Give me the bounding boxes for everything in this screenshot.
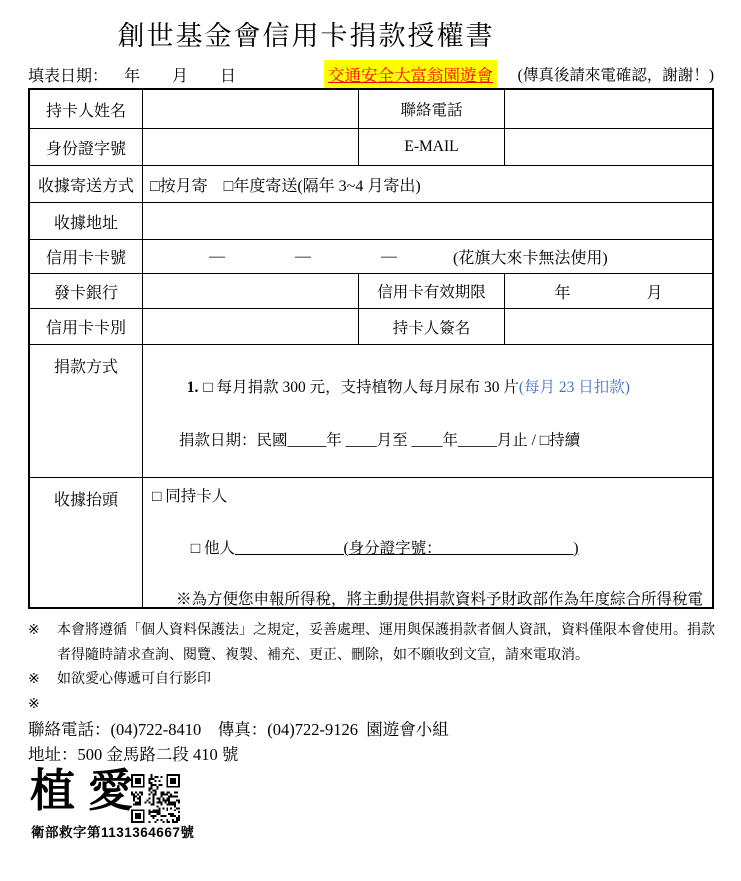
card-number-field: — — — (花旗大來卡無法使用): [142, 240, 712, 273]
issuing-bank-label: 發卡銀行: [30, 274, 142, 308]
receipt-other-person: □ 他人______________(身分證字號：_______________…: [152, 510, 708, 587]
email-field: [504, 129, 712, 165]
license-number: 衛部救字第1131364667號: [31, 821, 194, 841]
card-expiry-label: 信用卡有效期限: [358, 274, 504, 308]
footer-notes: ※ 本會將遵循「個人資料保護法」之規定，妥善處理、運用與保護捐款者個人資訊，資料…: [28, 619, 722, 767]
expiry-year-month: 年 月: [554, 280, 662, 303]
card-number-dash: —: [209, 248, 225, 266]
receipt-title-label: 收據抬頭: [30, 478, 142, 607]
photocopy-note: ※ 如欲愛心傳遞可自行影印: [28, 668, 722, 693]
card-type-field: [142, 309, 358, 344]
note-marker: ※: [28, 668, 57, 693]
contact-line: 聯絡電話：(04)722-8410 傳真：(04)722-9126 園遊會小組: [28, 718, 722, 743]
id-number-label: 身份證字號: [30, 129, 142, 165]
table-row: 信用卡卡別 持卡人簽名: [30, 308, 712, 344]
donation-date-line: 捐款日期：民國_____年 ____月至 ____年_____月止 / □持續: [179, 428, 708, 454]
issuing-bank-field: [142, 274, 358, 308]
cardholder-signature-field: [504, 309, 712, 344]
card-type-label: 信用卡卡別: [30, 309, 142, 344]
cardholder-signature-label: 持卡人簽名: [358, 309, 504, 344]
qr-code-image: [131, 774, 180, 823]
contact-phone-field: [504, 90, 712, 128]
form-date-row: 填表日期： 年 月 日 交通安全大富翁園遊會 (傳真後請來電確認，謝謝！): [28, 60, 714, 86]
address-line: 地址：500 金馬路二段 410 號: [28, 743, 722, 768]
table-row: 收據抬頭 □ 同持卡人 □ 他人______________(身分證字號：___…: [30, 477, 712, 607]
cardholder-name-field: [142, 90, 358, 128]
donation-method-options: 1.□ 每月捐款 300 元，支持植物人每月尿布 30 片(每月 23 日扣款)…: [142, 345, 712, 477]
zhi-ai-logo: 植愛: [30, 766, 146, 816]
receipt-address-label: 收據地址: [30, 203, 142, 239]
card-number-label: 信用卡卡號: [30, 240, 142, 273]
note-marker: ※: [28, 619, 57, 668]
event-highlight: 交通安全大富翁園遊會: [324, 60, 497, 88]
table-row: 持卡人姓名 聯絡電話: [30, 90, 712, 128]
table-row: 信用卡卡號 — — — (花旗大來卡無法使用): [30, 239, 712, 273]
fax-confirm-note: (傳真後請來電確認，謝謝！): [518, 63, 714, 85]
receipt-address-field: [142, 203, 712, 239]
cardholder-name-label: 持卡人姓名: [30, 90, 142, 128]
table-row: 發卡銀行 信用卡有效期限 年 月: [30, 273, 712, 308]
table-row: 捐款方式 1.□ 每月捐款 300 元，支持植物人每月尿布 30 片(每月 23…: [30, 344, 712, 477]
note-marker: ※: [28, 693, 57, 718]
card-number-dash: —: [381, 248, 397, 266]
card-restriction-note: (花旗大來卡無法使用): [453, 245, 608, 268]
table-row: 收據寄送方式 □按月寄 □年度寄送(隔年 3~4 月寄出): [30, 165, 712, 202]
receipt-title-options: □ 同持卡人 □ 他人______________(身分證字號：________…: [142, 478, 712, 607]
card-number-dash: —: [295, 248, 311, 266]
email-label: E-MAIL: [358, 129, 504, 165]
privacy-note: ※ 本會將遵循「個人資料保護法」之規定，妥善處理、運用與保護捐款者個人資訊，資料…: [28, 619, 722, 668]
donation-method-label: 捐款方式: [30, 345, 142, 477]
tax-report-note: ※為方便您申報所得稅，將主動提供捐款資料予財政部作為年度綜合所得稅電子作業申報。: [152, 587, 708, 607]
donation-form-page: 創世基金會信用卡捐款授權書 填表日期： 年 月 日 交通安全大富翁園遊會 (傳真…: [0, 0, 741, 881]
card-expiry-field: 年 月: [504, 274, 712, 308]
page-title: 創世基金會信用卡捐款授權書: [0, 14, 612, 53]
fill-date-label: 填表日期： 年 月 日: [28, 63, 236, 86]
other-person-id-blank: ______________(身分證字號：_________________): [235, 540, 579, 557]
empty-note: ※: [28, 693, 722, 718]
id-number-field: [142, 129, 358, 165]
receipt-same-as-cardholder: □ 同持卡人: [152, 484, 708, 510]
contact-phone-label: 聯絡電話: [358, 90, 504, 128]
table-row: 身份證字號 E-MAIL: [30, 128, 712, 165]
debit-date-note: (每月 23 日扣款): [519, 379, 630, 396]
receipt-delivery-label: 收據寄送方式: [30, 166, 142, 202]
form-table: 持卡人姓名 聯絡電話 身份證字號 E-MAIL 收據寄送方式 □按月寄 □年度寄…: [28, 88, 714, 609]
table-row: 收據地址: [30, 202, 712, 239]
donation-option-1: 1.□ 每月捐款 300 元，支持植物人每月尿布 30 片(每月 23 日扣款): [148, 349, 708, 428]
receipt-delivery-options: □按月寄 □年度寄送(隔年 3~4 月寄出): [142, 166, 712, 202]
qr-code: [131, 774, 180, 823]
donation-option-2: 2.□ 每月捐款(每月 23 日扣款) 捐款金額：__________元(每次扣…: [148, 454, 708, 477]
